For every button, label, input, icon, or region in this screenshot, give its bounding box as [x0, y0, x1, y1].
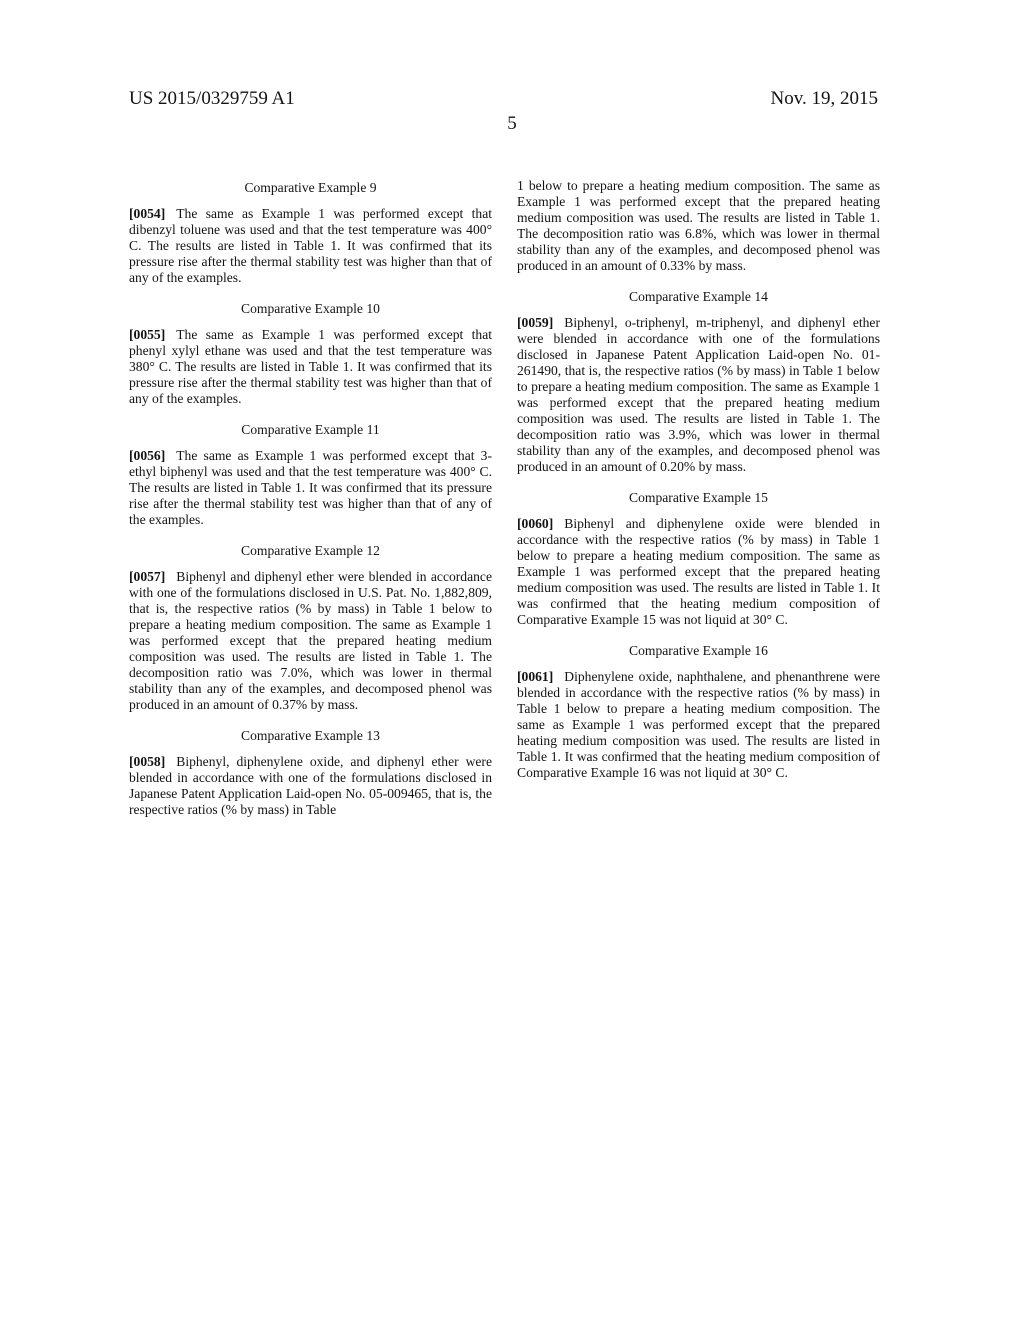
- publication-date: Nov. 19, 2015: [771, 88, 879, 110]
- paragraph-0061: [0061]Diphenylene oxide, naphthalene, an…: [517, 669, 880, 781]
- right-column: 1 below to prepare a heating medium comp…: [517, 178, 880, 781]
- paragraph-tag-0056: [0056]: [129, 448, 165, 463]
- patent-publication-number: US 2015/0329759 A1: [129, 88, 295, 110]
- paragraph-0056: [0056]The same as Example 1 was performe…: [129, 448, 492, 528]
- paragraph-0057: [0057]Biphenyl and diphenyl ether were b…: [129, 569, 492, 713]
- paragraph-tag-0057: [0057]: [129, 569, 165, 584]
- heading-comparative-example-15: Comparative Example 15: [517, 490, 880, 506]
- paragraph-text-0055: The same as Example 1 was performed exce…: [129, 327, 492, 406]
- page-number: 5: [0, 113, 1024, 135]
- heading-comparative-example-10: Comparative Example 10: [129, 301, 492, 317]
- heading-comparative-example-13: Comparative Example 13: [129, 728, 492, 744]
- paragraph-text-0056: The same as Example 1 was performed exce…: [129, 448, 492, 527]
- paragraph-0055: [0055]The same as Example 1 was performe…: [129, 327, 492, 407]
- heading-comparative-example-9: Comparative Example 9: [129, 180, 492, 196]
- paragraph-text-0057: Biphenyl and diphenyl ether were blended…: [129, 569, 492, 712]
- paragraph-tag-0059: [0059]: [517, 315, 553, 330]
- paragraph-0054: [0054]The same as Example 1 was performe…: [129, 206, 492, 286]
- paragraph-text-0058: Biphenyl, diphenylene oxide, and dipheny…: [129, 754, 492, 817]
- paragraph-tag-0054: [0054]: [129, 206, 165, 221]
- paragraph-text-0061: Diphenylene oxide, naphthalene, and phen…: [517, 669, 880, 780]
- paragraph-0058-continuation: 1 below to prepare a heating medium comp…: [517, 178, 880, 274]
- paragraph-0058: [0058]Biphenyl, diphenylene oxide, and d…: [129, 754, 492, 818]
- paragraph-0059: [0059]Biphenyl, o-triphenyl, m-triphenyl…: [517, 315, 880, 475]
- paragraph-text-0054: The same as Example 1 was performed exce…: [129, 206, 492, 285]
- heading-comparative-example-11: Comparative Example 11: [129, 422, 492, 438]
- heading-comparative-example-12: Comparative Example 12: [129, 543, 492, 559]
- left-column: Comparative Example 9 [0054]The same as …: [129, 178, 492, 818]
- paragraph-tag-0055: [0055]: [129, 327, 165, 342]
- paragraph-text-0060: Biphenyl and diphenylene oxide were blen…: [517, 516, 880, 627]
- paragraph-tag-0061: [0061]: [517, 669, 553, 684]
- paragraph-tag-0060: [0060]: [517, 516, 553, 531]
- paragraph-0060: [0060]Biphenyl and diphenylene oxide wer…: [517, 516, 880, 628]
- running-header: US 2015/0329759 A1 Nov. 19, 2015: [129, 88, 878, 110]
- patent-page: US 2015/0329759 A1 Nov. 19, 2015 5 Compa…: [0, 0, 1024, 1320]
- paragraph-text-0059: Biphenyl, o-triphenyl, m-triphenyl, and …: [517, 315, 880, 474]
- heading-comparative-example-16: Comparative Example 16: [517, 643, 880, 659]
- heading-comparative-example-14: Comparative Example 14: [517, 289, 880, 305]
- paragraph-tag-0058: [0058]: [129, 754, 165, 769]
